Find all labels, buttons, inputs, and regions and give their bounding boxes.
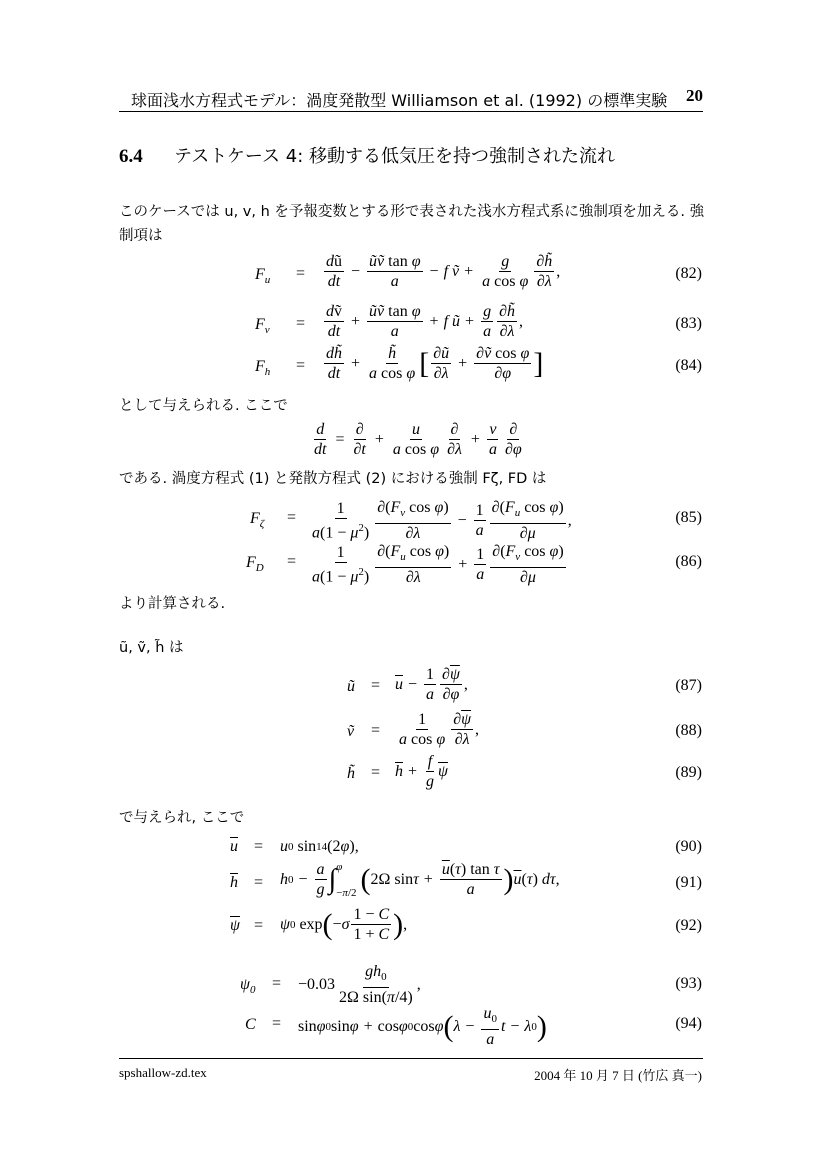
computed-paragraph: より計算される.	[119, 592, 709, 616]
equation-84: Fh = dh̃dt+ h̃a cos φ [ ∂ũ∂λ+ ∂ṽ cos φ∂φ…	[0, 344, 826, 384]
header-rule	[119, 111, 703, 112]
footer-rule	[119, 1058, 703, 1059]
given-paragraph: として与えられる. ここで	[119, 394, 709, 418]
footer-filename: spshallow-zd.tex	[119, 1065, 207, 1081]
equation-88: ṽ = 1a cos φ ∂ψ∂λ, (88)	[0, 710, 826, 750]
equation-93: ψ0 = −0.03gh02Ω sin(π/4), (93)	[0, 962, 826, 1002]
equation-94: C = sin φ0 sin φ+cos φ0 cos φ (λ− u0at−λ…	[0, 1004, 826, 1044]
equation-92: ψ = ψ0 exp(−σ 1 − C1 + C ), (92)	[0, 905, 826, 945]
header-title: 球面浅水方程式モデル：渦度発散型 Williamson et al. (1992…	[131, 88, 667, 111]
forcing-intro-paragraph: である. 渦度方程式 (1) と発散方程式 (2) における強制 Fζ, FD …	[119, 467, 709, 491]
section-title: テストケース 4: 移動する低気圧を持つ強制された流れ	[174, 146, 615, 167]
tilde-intro-paragraph: ũ, ṽ, h̃ は	[119, 636, 709, 660]
given2-paragraph: で与えられ, ここで	[119, 806, 709, 830]
section-heading: 6.4テストケース 4: 移動する低気圧を持つ強制された流れ	[119, 142, 615, 168]
equation-85: Fζ = 1a(1 − μ2) ∂(Fv cos φ)∂λ− 1a ∂(Fu c…	[0, 498, 826, 538]
equation-91: h = h0− ag ∫φ−π/2 (2Ω sin τ+ u(τ) tan τa…	[0, 860, 826, 900]
page-number: 20	[686, 86, 703, 106]
intro-paragraph: このケースでは u, v, h を予報変数とする形で表された浅水方程式系に強制項…	[119, 200, 709, 248]
equation-89: h̃ = h+ fg ψ (89)	[0, 752, 826, 792]
footer-date-author: 2004 年 10 月 7 日 (竹広 真一)	[534, 1065, 702, 1084]
equation-87: ũ = u− 1a ∂ψ∂φ, (87)	[0, 665, 826, 705]
equation-83: Fv = dṽdt+ ũṽ tan φa+f ũ+ ga ∂h̃∂λ, (83)	[0, 302, 826, 342]
section-number: 6.4	[119, 146, 174, 168]
equation-82: Fu = dũdt− ũṽ tan φa−f ṽ+ ga cos φ ∂h̃∂λ…	[0, 252, 826, 292]
equation-86: FD = 1a(1 − μ2) ∂(Fu cos φ)∂λ+ 1a ∂(Fv c…	[0, 542, 826, 582]
running-header: 球面浅水方程式モデル：渦度発散型 Williamson et al. (1992…	[131, 86, 703, 110]
